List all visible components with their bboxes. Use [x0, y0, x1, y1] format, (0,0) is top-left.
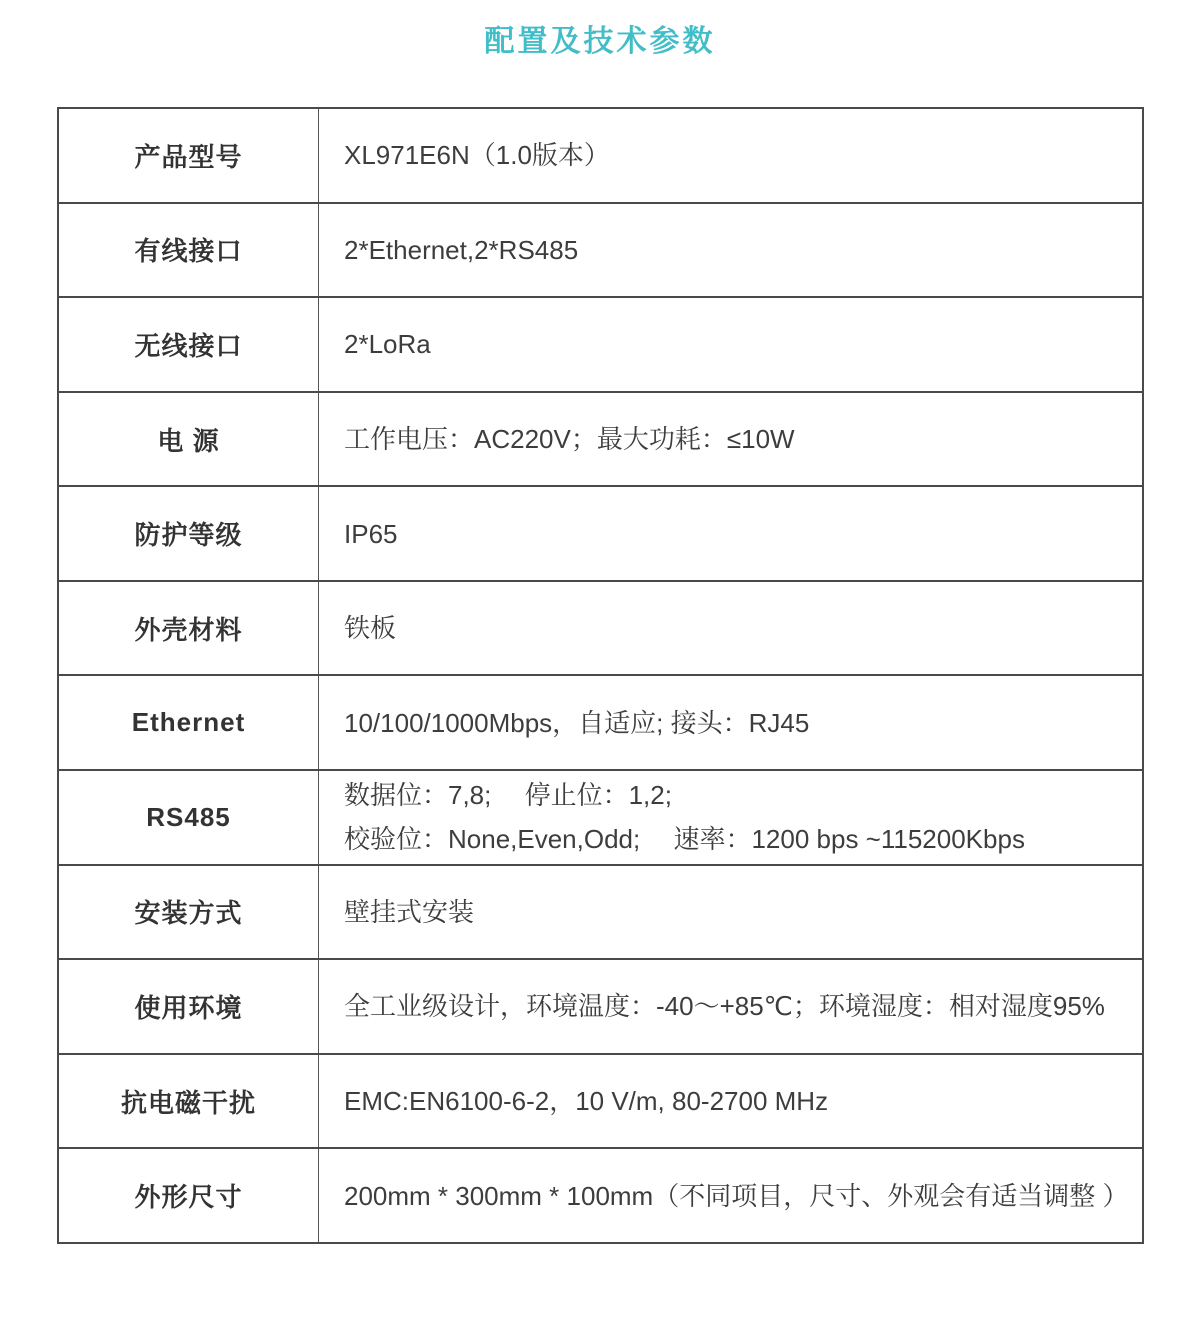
spec-value-line: 工作电压：AC220V；最大功耗：≤10W	[344, 417, 1130, 461]
spec-label: 无线接口	[59, 298, 319, 391]
table-row: Ethernet 10/100/1000Mbps，自适应; 接头：RJ45	[59, 674, 1142, 769]
table-row: 无线接口 2*LoRa	[59, 296, 1142, 391]
table-row: 外壳材料 铁板	[59, 580, 1142, 675]
spec-value: 工作电压：AC220V；最大功耗：≤10W	[319, 393, 1142, 486]
spec-value-line: 校验位：None,Even,Odd; 速率：1200 bps ~115200Kb…	[344, 817, 1130, 861]
spec-value-line: 2*LoRa	[344, 322, 1130, 366]
spec-value-line: 2*Ethernet,2*RS485	[344, 228, 1130, 272]
spec-value-line: 200mm * 300mm * 100mm（不同项目，尺寸、外观会有适当调整 ）	[344, 1174, 1130, 1218]
table-row: 电 源 工作电压：AC220V；最大功耗：≤10W	[59, 391, 1142, 486]
spec-value-line: XL971E6N（1.0版本）	[344, 133, 1130, 177]
spec-value-line: IP65	[344, 512, 1130, 556]
spec-label: 使用环境	[59, 960, 319, 1053]
spec-label: RS485	[59, 771, 319, 864]
spec-label: 有线接口	[59, 204, 319, 297]
spec-label: 防护等级	[59, 487, 319, 580]
spec-label: Ethernet	[59, 676, 319, 769]
spec-value-line: 铁板	[344, 606, 1130, 650]
spec-label: 外壳材料	[59, 582, 319, 675]
spec-label: 外形尺寸	[59, 1149, 319, 1242]
spec-value: 数据位：7,8; 停止位：1,2;校验位：None,Even,Odd; 速率：1…	[319, 771, 1142, 864]
spec-value: 200mm * 300mm * 100mm（不同项目，尺寸、外观会有适当调整 ）	[319, 1149, 1142, 1242]
spec-value: 铁板	[319, 582, 1142, 675]
spec-value: 壁挂式安装	[319, 866, 1142, 959]
spec-label: 抗电磁干扰	[59, 1055, 319, 1148]
spec-value: XL971E6N（1.0版本）	[319, 109, 1142, 202]
spec-value-line: 全工业级设计，环境温度：-40～+85℃；环境湿度：相对湿度95%	[344, 984, 1130, 1028]
spec-value: 全工业级设计，环境温度：-40～+85℃；环境湿度：相对湿度95%	[319, 960, 1142, 1053]
spec-value-line: EMC:EN6100-6-2，10 V/m, 80-2700 MHz	[344, 1079, 1130, 1123]
table-row: 外形尺寸 200mm * 300mm * 100mm（不同项目，尺寸、外观会有适…	[59, 1147, 1142, 1242]
spec-value-line: 数据位：7,8; 停止位：1,2;	[344, 773, 1130, 817]
table-row: 抗电磁干扰 EMC:EN6100-6-2，10 V/m, 80-2700 MHz	[59, 1053, 1142, 1148]
spec-table: 产品型号 XL971E6N（1.0版本） 有线接口 2*Ethernet,2*R…	[57, 107, 1144, 1244]
spec-label: 安装方式	[59, 866, 319, 959]
page-title: 配置及技术参数	[0, 16, 1200, 60]
spec-label: 电 源	[59, 393, 319, 486]
table-row: 安装方式 壁挂式安装	[59, 864, 1142, 959]
spec-value-line: 10/100/1000Mbps，自适应; 接头：RJ45	[344, 701, 1130, 745]
table-row: 防护等级 IP65	[59, 485, 1142, 580]
spec-value: 2*Ethernet,2*RS485	[319, 204, 1142, 297]
spec-label: 产品型号	[59, 109, 319, 202]
table-row: 产品型号 XL971E6N（1.0版本）	[59, 109, 1142, 202]
spec-value: IP65	[319, 487, 1142, 580]
spec-value: EMC:EN6100-6-2，10 V/m, 80-2700 MHz	[319, 1055, 1142, 1148]
table-row: RS485 数据位：7,8; 停止位：1,2;校验位：None,Even,Odd…	[59, 769, 1142, 864]
table-row: 有线接口 2*Ethernet,2*RS485	[59, 202, 1142, 297]
spec-value: 10/100/1000Mbps，自适应; 接头：RJ45	[319, 676, 1142, 769]
table-row: 使用环境 全工业级设计，环境温度：-40～+85℃；环境湿度：相对湿度95%	[59, 958, 1142, 1053]
spec-value-line: 壁挂式安装	[344, 890, 1130, 934]
spec-value: 2*LoRa	[319, 298, 1142, 391]
